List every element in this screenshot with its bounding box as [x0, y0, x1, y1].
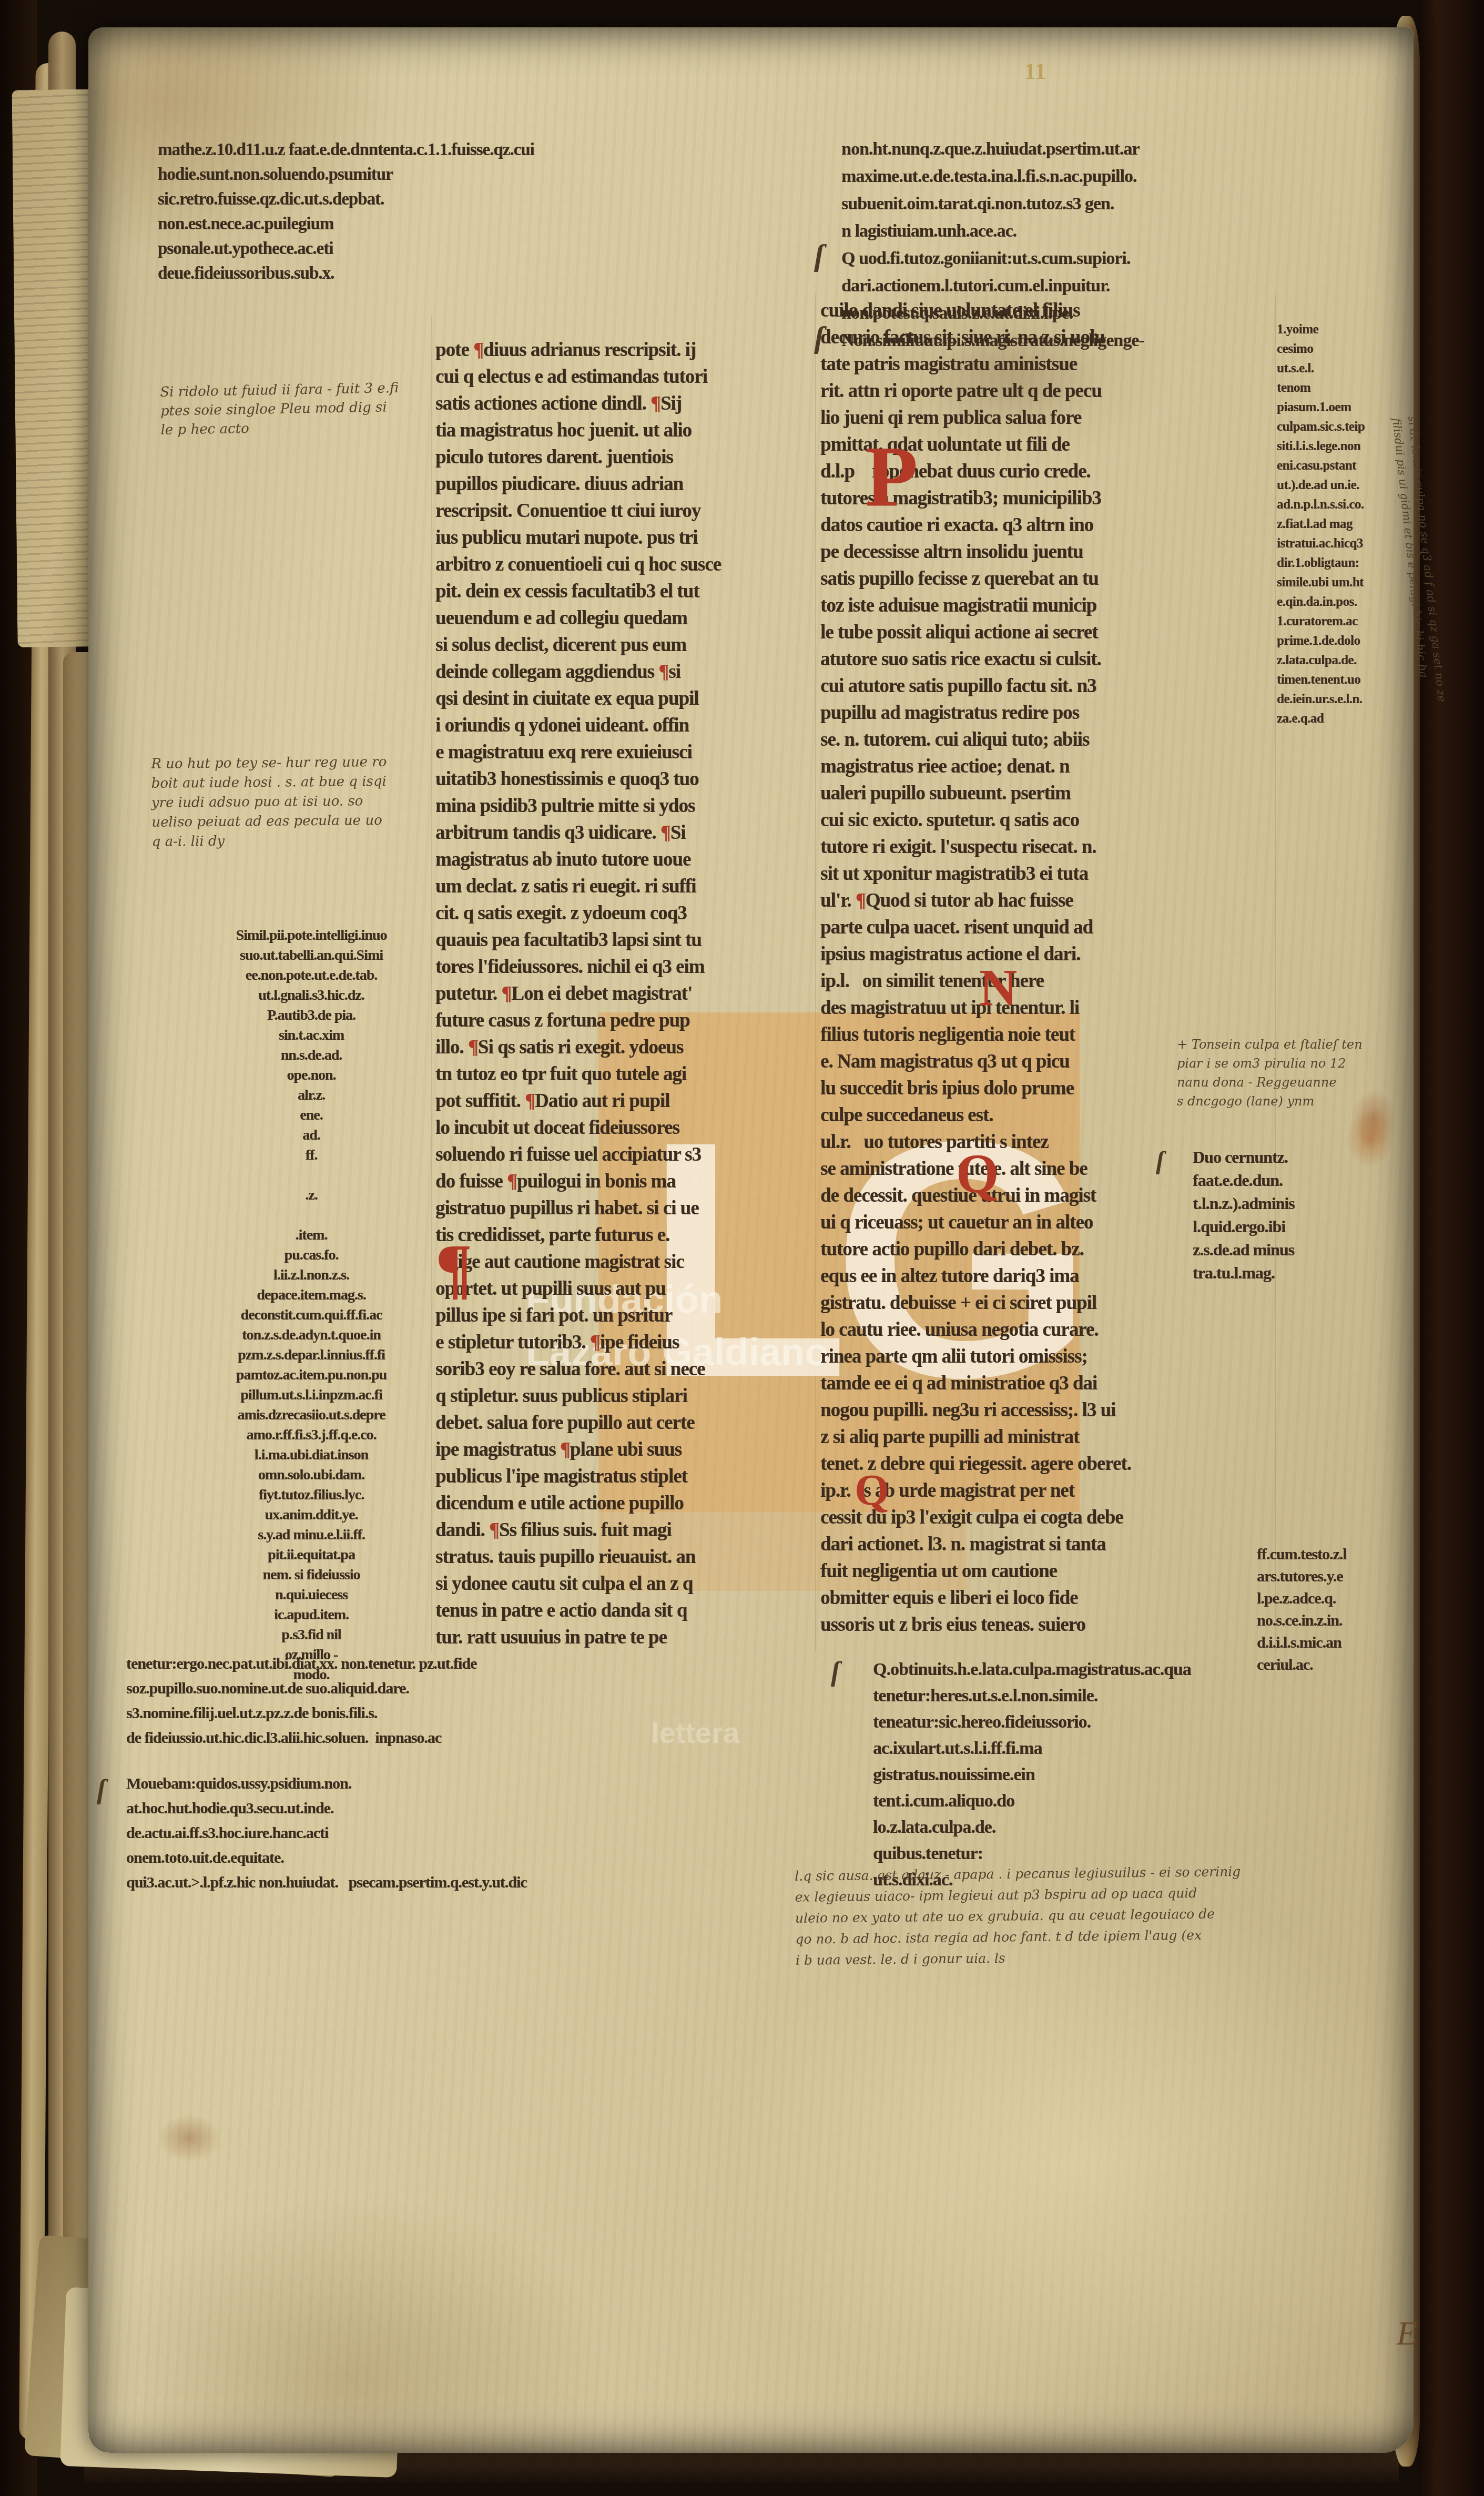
bottom-right-gloss-block: Q.obtinuits.h.e.lata.culpa.magistratus.a… — [873, 1657, 1346, 1893]
margin-flourish: E — [1397, 2314, 1417, 2353]
left-margin-cursive-note-1: Si ridolo ut fuiud ii fara - fuit 3 e.fi… — [160, 378, 455, 440]
right-margin-gloss-strip: 1.yoime cesimo ut.s.e.l. tenom piasum.1.… — [1277, 320, 1408, 728]
right-margin-cursive-note: + Tonsein culpa et ſtalieſ ten piar i se… — [1177, 1035, 1484, 1111]
red-initial-Q-2: Q — [855, 1468, 889, 1513]
book-cover-right — [1418, 0, 1484, 2496]
paragraph-sign-4: ſ — [831, 1657, 840, 1688]
paragraph-sign-3: ſ — [1156, 1146, 1164, 1175]
ink-spot — [158, 2114, 221, 2162]
red-initial-P: P — [865, 438, 918, 516]
left-margin-cursive-note-2: R uo hut po tey se- hur reg uue ro boit … — [151, 752, 489, 852]
paragraph-sign-2: ſ — [814, 320, 824, 355]
main-text-column-left: pote ¶diuus adrianus rescripsit. ij cui … — [435, 337, 819, 1651]
paragraph-sign-1: ſ — [814, 238, 824, 273]
paragraph-sign-5: ſ — [97, 1774, 106, 1805]
red-initial-N: N — [979, 961, 1017, 1014]
bottom-cursive-annotation: l.q sic ausa. ast adauz - apapa . i peca… — [795, 1860, 1385, 1971]
left-margin-tapering-gloss: Simil.pii.pote.intelligi.inuo suo.ut.tab… — [138, 926, 485, 1685]
red-initial-Q-1: Q — [956, 1148, 999, 1200]
top-left-gloss: mathe.z.10.d11.u.z faat.e.de.dnntenta.c.… — [158, 138, 820, 286]
right-margin-gothic-note: Duo cernuntz. faat.e.de.dun. t.l.n.z.).a… — [1193, 1145, 1414, 1284]
red-pilcrow-large: ¶ — [435, 1237, 472, 1300]
folio-number: 11 — [1024, 58, 1046, 85]
